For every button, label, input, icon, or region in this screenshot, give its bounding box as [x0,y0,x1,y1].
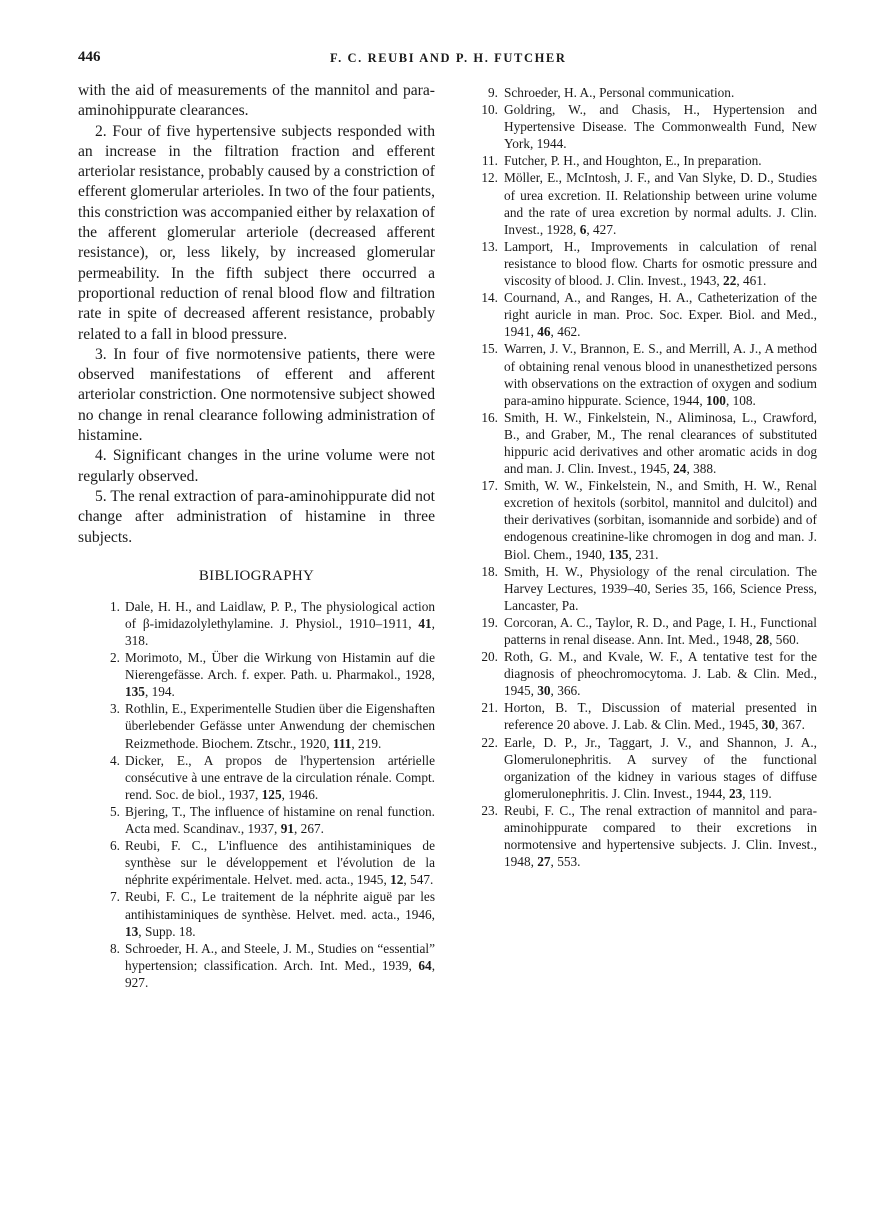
reference-volume: 91 [281,821,294,836]
reference-item: 22.Earle, D. P., Jr., Taggart, J. V., an… [438,734,817,802]
reference-item: 18.Smith, H. W., Physiology of the renal… [438,563,817,614]
left-column: with the aid of measurements of the mann… [78,81,435,991]
reference-item: 2.Morimoto, M., Über die Wirkung von His… [76,649,435,700]
reference-item: 19.Corcoran, A. C., Taylor, R. D., and P… [438,614,817,648]
reference-number: 15. [466,340,504,357]
reference-number: 6. [92,837,125,854]
summary-paragraph-2: 2. Four of five hypertensive subjects re… [78,122,435,345]
reference-pages: , 462. [551,324,581,339]
reference-text: Futcher, P. H., and Houghton, E., In pre… [504,153,762,168]
reference-pages: , 547. [403,872,433,887]
page-header: 446 F. C. REUBI AND P. H. FUTCHER [78,49,800,71]
reference-volume: 27 [537,854,550,869]
reference-number: 13. [466,238,504,255]
reference-number: 2. [92,649,125,666]
reference-text: Smith, W. W., Finkelstein, N., and Smith… [504,478,817,561]
reference-number: 7. [92,888,125,905]
reference-text: Schroeder, H. A., Personal communication… [504,85,734,100]
reference-pages: , 119. [742,786,771,801]
bibliography-heading: BIBLIOGRAPHY [78,568,435,585]
reference-number: 14. [466,289,504,306]
reference-item: 11.Futcher, P. H., and Houghton, E., In … [438,152,817,169]
running-head: F. C. REUBI AND P. H. FUTCHER [330,51,566,66]
reference-volume: 30 [537,683,550,698]
reference-item: 9.Schroeder, H. A., Personal communicati… [438,84,817,101]
reference-text: Goldring, W., and Chasis, H., Hypertensi… [504,102,817,151]
reference-item: 4.Dicker, E., A propos de l'hypertension… [76,752,435,803]
reference-pages: , 553. [551,854,581,869]
reference-volume: 24 [673,461,686,476]
reference-pages: , 1946. [282,787,319,802]
reference-number: 1. [92,598,125,615]
reference-volume: 13 [125,924,138,939]
reference-pages: , 108. [726,393,756,408]
reference-text: Rothlin, E., Experimentelle Studien über… [125,701,435,750]
reference-list-left: 1.Dale, H. H., and Laidlaw, P. P., The p… [78,598,435,991]
summary-paragraph-3: 3. In four of five normotensive patients… [78,345,435,446]
reference-pages: , 427. [586,222,616,237]
reference-text: Reubi, F. C., L'influence des antihistam… [125,838,435,887]
reference-number: 11. [466,152,504,169]
reference-item: 12.Möller, E., McIntosh, J. F., and Van … [438,169,817,237]
reference-pages: , 366. [551,683,581,698]
reference-item: 3.Rothlin, E., Experimentelle Studien üb… [76,700,435,751]
reference-list-right: 9.Schroeder, H. A., Personal communicati… [460,84,817,870]
reference-volume: 28 [756,632,769,647]
reference-volume: 12 [390,872,403,887]
reference-number: 12. [466,169,504,186]
reference-volume: 135 [125,684,145,699]
reference-volume: 125 [262,787,282,802]
reference-text: Reubi, F. C., Le traitement de la néphri… [125,889,435,921]
reference-number: 4. [92,752,125,769]
reference-number: 23. [466,802,504,819]
reference-text: Smith, H. W., Physiology of the renal ci… [504,564,817,613]
reference-number: 19. [466,614,504,631]
reference-item: 1.Dale, H. H., and Laidlaw, P. P., The p… [76,598,435,649]
summary-paragraph-1-continued: with the aid of measurements of the mann… [78,81,435,122]
reference-pages: , 388. [686,461,716,476]
reference-text: Möller, E., McIntosh, J. F., and Van Sly… [504,170,817,236]
reference-volume: 30 [762,717,775,732]
reference-pages: , 367. [775,717,805,732]
reference-pages: , 267. [294,821,324,836]
reference-item: 8.Schroeder, H. A., and Steele, J. M., S… [76,940,435,991]
reference-item: 6.Reubi, F. C., L'influence des antihist… [76,837,435,888]
reference-text: Smith, H. W., Finkelstein, N., Aliminosa… [504,410,817,476]
reference-text: Dale, H. H., and Laidlaw, P. P., The phy… [125,599,435,631]
reference-pages: , 194. [145,684,175,699]
reference-number: 5. [92,803,125,820]
reference-item: 14.Cournand, A., and Ranges, H. A., Cath… [438,289,817,340]
reference-item: 20.Roth, G. M., and Kvale, W. F., A tent… [438,648,817,699]
reference-text: Morimoto, M., Über die Wirkung von Hista… [125,650,435,682]
reference-number: 21. [466,699,504,716]
reference-volume: 23 [729,786,742,801]
reference-number: 22. [466,734,504,751]
reference-item: 23.Reubi, F. C., The renal extraction of… [438,802,817,870]
reference-volume: 22 [723,273,736,288]
reference-text: Warren, J. V., Brannon, E. S., and Merri… [504,341,817,407]
reference-number: 8. [92,940,125,957]
reference-volume: 135 [609,547,629,562]
reference-volume: 100 [706,393,726,408]
reference-item: 17.Smith, W. W., Finkelstein, N., and Sm… [438,477,817,562]
reference-item: 5.Bjering, T., The influence of histamin… [76,803,435,837]
reference-pages: , 219. [351,736,381,751]
reference-number: 10. [466,101,504,118]
reference-volume: 111 [333,736,351,751]
page-number: 446 [78,49,101,66]
reference-text: Lamport, H., Improvements in calculation… [504,239,817,288]
reference-volume: 64 [418,958,431,973]
reference-pages: , 461. [736,273,766,288]
reference-item: 16.Smith, H. W., Finkelstein, N., Alimin… [438,409,817,477]
reference-volume: 41 [418,616,431,631]
reference-text: Schroeder, H. A., and Steele, J. M., Stu… [125,941,435,973]
summary-paragraph-4: 4. Significant changes in the urine volu… [78,446,435,487]
reference-number: 3. [92,700,125,717]
reference-volume: 46 [537,324,550,339]
reference-number: 20. [466,648,504,665]
reference-item: 21.Horton, B. T., Discussion of material… [438,699,817,733]
reference-pages: , 231. [629,547,659,562]
reference-pages: , 560. [769,632,799,647]
reference-item: 7.Reubi, F. C., Le traitement de la néph… [76,888,435,939]
reference-item: 13.Lamport, H., Improvements in calculat… [438,238,817,289]
reference-pages: , Supp. 18. [138,924,195,939]
reference-item: 15.Warren, J. V., Brannon, E. S., and Me… [438,340,817,408]
reference-number: 17. [466,477,504,494]
reference-number: 9. [466,84,504,101]
reference-number: 16. [466,409,504,426]
reference-item: 10.Goldring, W., and Chasis, H., Hyperte… [438,101,817,152]
summary-paragraph-5: 5. The renal extraction of para-aminohip… [78,487,435,548]
right-column: 9.Schroeder, H. A., Personal communicati… [460,84,817,870]
reference-number: 18. [466,563,504,580]
